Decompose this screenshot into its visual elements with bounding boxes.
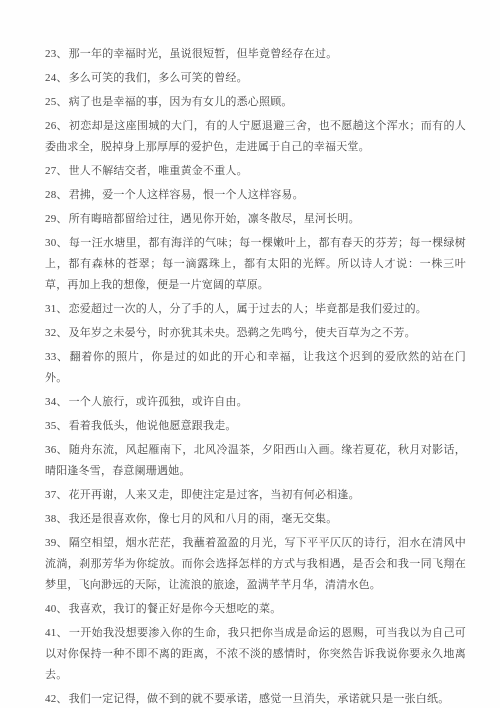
item-number: 24、 [45,72,68,84]
item-number: 31、 [45,303,68,315]
list-item: 38、我还是很喜欢你，像七月的风和八月的雨，毫无交集。 [45,509,466,530]
item-number: 40、 [45,603,68,615]
item-number: 33、 [45,351,69,363]
list-item: 23、那一年的幸福时光，虽说很短暂，但毕竟曾经存在过。 [45,44,466,65]
list-item: 31、恋爱超过一次的人，分了手的人，属于过去的人；毕竟都是我们爱过的。 [45,299,466,320]
item-number: 36、 [45,444,68,456]
item-number: 41、 [45,627,68,639]
item-number: 39、 [45,537,68,549]
item-number: 23、 [45,48,68,60]
item-text: 翻着你的照片，你是过的如此的开心和幸福，让我这个迟到的爱欣然的站在门外。 [45,351,466,384]
list-item: 41、一开始我没想要渗入你的生命，我只把你当成是命运的恩赐，可当我以为自己可以对… [45,623,466,686]
item-number: 28、 [45,189,68,201]
item-text: 病了也是幸福的事，因为有女儿的悉心照顾。 [69,96,293,108]
item-text: 恋爱超过一次的人，分了手的人，属于过去的人；毕竟都是我们爱过的。 [69,303,427,315]
list-item: 25、病了也是幸福的事，因为有女儿的悉心照顾。 [45,92,466,113]
item-text: 初恋却是这座围城的大门，有的人宁愿退避三舍，也不愿趟这个浑水；而有的人委曲求全，… [45,120,466,153]
item-text: 隔空相望，烟水茫茫，我蘸着盈盈的月光，写下平平仄仄的诗行，泪水在清风中流淌，刹那… [45,537,466,591]
item-text: 看着我低头，他说他愿意跟我走。 [69,420,237,432]
quote-list: 23、那一年的幸福时光，虽说很短暂，但毕竟曾经存在过。 24、多么可笑的我们，多… [45,44,466,708]
item-text: 随舟东流，风起雁南下，北风冷温茶，夕阳西山入画。缘若夏花，秋月对影话，晴阳逢冬雪… [45,444,466,477]
item-text: 我还是很喜欢你，像七月的风和八月的雨，毫无交集。 [69,513,338,525]
list-item: 24、多么可笑的我们，多么可笑的曾经。 [45,68,466,89]
item-number: 34、 [45,396,68,408]
list-item: 40、我喜欢，我订的餐正好是你今天想吃的菜。 [45,599,466,620]
item-number: 37、 [45,489,68,501]
item-number: 42、 [45,693,68,705]
item-number: 25、 [45,96,68,108]
list-item: 34、一个人旅行，或许孤独，或许自由。 [45,392,466,413]
item-number: 30、 [45,237,68,249]
item-number: 29、 [45,213,68,225]
list-item: 42、我们一定记得，做不到的就不要承诺，感觉一旦消失，承诺就只是一张白纸。 [45,689,466,708]
list-item: 27、世人不解结交者，唯重黄金不重人。 [45,161,466,182]
item-text: 多么可笑的我们，多么可笑的曾经。 [69,72,248,84]
item-number: 32、 [45,327,68,339]
item-number: 35、 [45,420,68,432]
item-text: 君拂，爱一个人这样容易，恨一个人这样容易。 [69,189,304,201]
item-number: 38、 [45,513,68,525]
list-item: 28、君拂，爱一个人这样容易，恨一个人这样容易。 [45,185,466,206]
item-number: 26、 [45,120,68,132]
item-text: 花开再谢，人来又走，即使注定是过客，当初有何必相逢。 [69,489,360,501]
item-text: 所有晦暗都留给过往，遇见你开始，凛冬散尽，星河长明。 [69,213,360,225]
list-item: 30、每一汪水塘里，都有海洋的气味；每一棵嫩叶上，都有春天的芬芳；每一棵绿树上，… [45,233,466,296]
list-item: 32、及年岁之未晏兮，时亦犹其未央。恐鹈之先鸣兮，使夫百草为之不芳。 [45,323,466,344]
list-item: 26、初恋却是这座围城的大门，有的人宁愿退避三舍，也不愿趟这个浑水；而有的人委曲… [45,116,466,158]
list-item: 29、所有晦暗都留给过往，遇见你开始，凛冬散尽，星河长明。 [45,209,466,230]
list-item: 37、花开再谢，人来又走，即使注定是过客，当初有何必相逢。 [45,485,466,506]
item-text: 一开始我没想要渗入你的生命，我只把你当成是命运的恩赐，可当我以为自己可以对你保持… [45,627,466,681]
list-item: 36、随舟东流，风起雁南下，北风冷温茶，夕阳西山入画。缘若夏花，秋月对影话，晴阳… [45,440,466,482]
item-text: 一个人旅行，或许孤独，或许自由。 [69,396,248,408]
item-text: 世人不解结交者，唯重黄金不重人。 [69,165,248,177]
item-text: 每一汪水塘里，都有海洋的气味；每一棵嫩叶上，都有春天的芬芳；每一棵绿树上，都有森… [45,237,466,291]
list-item: 39、隔空相望，烟水茫茫，我蘸着盈盈的月光，写下平平仄仄的诗行，泪水在清风中流淌… [45,533,466,596]
list-item: 33、翻着你的照片，你是过的如此的开心和幸福，让我这个迟到的爱欣然的站在门外。 [45,347,466,389]
item-number: 27、 [45,165,68,177]
document-page: 23、那一年的幸福时光，虽说很短暂，但毕竟曾经存在过。 24、多么可笑的我们，多… [0,0,500,708]
item-text: 我喜欢，我订的餐正好是你今天想吃的菜。 [69,603,282,615]
list-item: 35、看着我低头，他说他愿意跟我走。 [45,416,466,437]
item-text: 那一年的幸福时光，虽说很短暂，但毕竟曾经存在过。 [69,48,338,60]
item-text: 我们一定记得，做不到的就不要承诺，感觉一旦消失，承诺就只是一张白纸。 [69,693,450,705]
item-text: 及年岁之未晏兮，时亦犹其未央。恐鹈之先鸣兮，使夫百草为之不芳。 [69,327,416,339]
